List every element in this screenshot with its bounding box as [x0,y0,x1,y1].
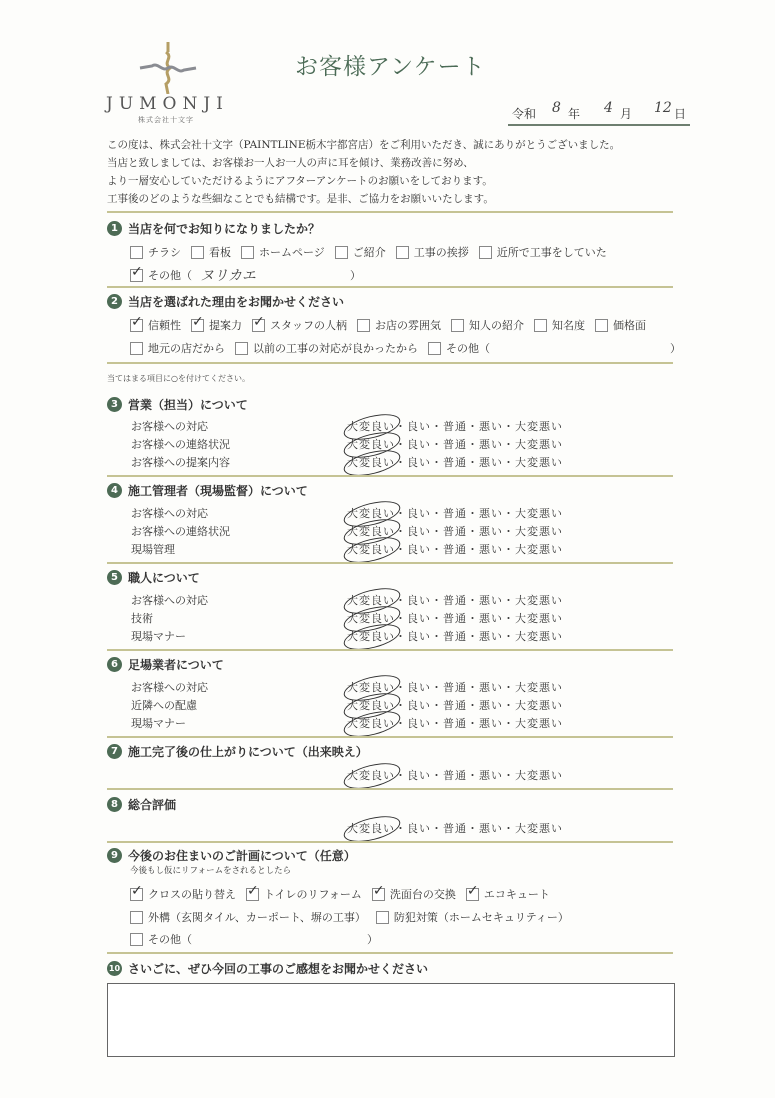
q3-item-label: お客様への対応 [131,418,208,434]
other-label: その他（ [148,267,192,283]
divider [107,649,673,651]
q9-options-row2: 外構（玄関タイル、カーポート、塀の工事） 防犯対策（ホームセキュリティー） [130,909,579,925]
q1-options: チラシ 看板 ホームページ ご紹介 工事の挨拶 近所で工事をしていた [130,244,617,260]
checkbox-checked[interactable] [466,888,479,901]
option-label: 防犯対策（ホームセキュリティー） [394,909,569,925]
q2-option-price[interactable]: 価格面 [595,317,646,333]
q6-heading: 6 足場業者について [107,656,224,673]
q8-number: 8 [107,797,122,812]
checkbox-checked[interactable] [130,888,143,901]
logo-name: JUMONJI [106,94,226,114]
q9-option-security[interactable]: 防犯対策（ホームセキュリティー） [376,909,569,925]
company-logo: JUMONJI 株式会社十文字 [106,40,226,125]
q9-other[interactable]: その他（ ） [130,931,378,947]
checkbox[interactable] [335,246,348,259]
option-label: 工事の挨拶 [414,244,469,260]
checkbox[interactable] [235,342,248,355]
option-label: 近所で工事をしていた [497,244,607,260]
checkbox[interactable] [428,342,441,355]
q5-heading: 5 職人について [107,569,200,586]
year-value: 8 [552,100,561,116]
checkbox-checked[interactable] [130,319,143,332]
q1-option-nearby[interactable]: 近所で工事をしていた [479,244,607,260]
q2-option-reliability[interactable]: 信頼性 [130,317,181,333]
other-label: その他（ [148,931,192,947]
era-label: 令和 [512,105,536,122]
q6-number: 6 [107,657,122,672]
q9-option-toilet[interactable]: トイレのリフォーム [246,886,362,902]
q3-number: 3 [107,397,122,412]
date-field[interactable]: 令和 8 年 4 月 12 日 [508,100,690,126]
q3-heading: 3 営業（担当）について [107,396,248,413]
q9-options-row1: クロスの貼り替え トイレのリフォーム 洗面台の交換 エコキュート [130,886,560,902]
q6-item-label: 近隣への配慮 [131,697,197,713]
q9-option-ecocute[interactable]: エコキュート [466,886,550,902]
q6-title: 足場業者について [128,656,224,673]
option-label: ご紹介 [353,244,386,260]
q2-option-staff[interactable]: スタッフの人柄 [252,317,347,333]
option-label: ホームページ [259,244,325,260]
q9-title: 今後のお住まいのご計画について（任意） [128,847,356,864]
divider [107,362,673,364]
q2-option-atmosphere[interactable]: お店の雰囲気 [357,317,441,333]
q6-item-label: お客様への対応 [131,679,208,695]
option-label: 知人の紹介 [469,317,524,333]
q9-option-wallpaper[interactable]: クロスの貼り替え [130,886,236,902]
q7-heading: 7 施工完了後の仕上がりについて（出来映え） [107,743,368,760]
q2-number: 2 [107,294,122,309]
q2-option-acquaintance[interactable]: 知人の紹介 [451,317,524,333]
q1-heading: 1 当店を何でお知りになりましたか？ [107,220,320,237]
option-label: 地元の店だから [148,340,225,356]
divider [107,841,673,843]
year-label: 年 [568,105,580,122]
q1-other[interactable]: その他（ ヌリカエ ） [130,265,361,285]
checkbox[interactable] [534,319,547,332]
q6-item-label: 現場マナー [131,715,186,731]
day-label: 日 [674,105,686,122]
q7-number: 7 [107,744,122,759]
q4-heading: 4 施工管理者（現場監督）について [107,482,308,499]
q2-option-proposal[interactable]: 提案力 [191,317,242,333]
q2-options-row1: 信頼性 提案力 スタッフの人柄 お店の雰囲気 知人の紹介 知名度 価格面 [130,317,656,333]
checkbox[interactable] [130,342,143,355]
option-label: お店の雰囲気 [375,317,441,333]
option-label: 看板 [209,244,231,260]
checkbox[interactable] [479,246,492,259]
q7-title: 施工完了後の仕上がりについて（出来映え） [128,743,368,760]
q2-option-previous[interactable]: 以前の工事の対応が良かったから [235,340,418,356]
q9-note: 今後もし仮にリフォームをされるとしたら [130,864,291,876]
q1-option-greeting[interactable]: 工事の挨拶 [396,244,469,260]
intro-line: 工事後のどのような些細なことでも結構です。是非、ご協力をお願いいたします。 [107,190,620,208]
q10-number: 10 [107,961,122,976]
divider [107,211,673,213]
option-label: 洗面台の交換 [390,886,456,902]
option-label: 提案力 [209,317,242,333]
q10-title: さいごに、ぜひ今回の工事のご感想をお聞かせください [128,960,428,977]
q5-item-label: お客様への対応 [131,592,208,608]
option-label: チラシ [148,244,181,260]
q2-option-local[interactable]: 地元の店だから [130,340,225,356]
divider [107,475,673,477]
divider [107,562,673,564]
option-label: 外構（玄関タイル、カーポート、塀の工事） [148,909,366,925]
option-label: その他（ [446,340,490,356]
q3-title: 営業（担当）について [128,396,248,413]
q4-item-label: 現場管理 [131,541,175,557]
q3-item-label: お客様への連絡状況 [131,436,230,452]
q4-title: 施工管理者（現場監督）について [128,482,308,499]
q2-options-row2: 地元の店だから 以前の工事の対応が良かったから その他（ ） [130,340,681,356]
checkbox[interactable] [130,246,143,259]
q5-number: 5 [107,570,122,585]
q1-option-referral[interactable]: ご紹介 [335,244,386,260]
checkbox[interactable] [357,319,370,332]
logo-subtitle: 株式会社十文字 [106,115,226,125]
q5-item-label: 現場マナー [131,628,186,644]
q9-option-exterior[interactable]: 外構（玄関タイル、カーポート、塀の工事） [130,909,366,925]
option-label: 価格面 [613,317,646,333]
rating-instruction: 当てはまる項目に○を付けてください。 [107,373,250,384]
day-value: 12 [654,100,672,116]
checkbox-checked[interactable] [252,319,265,332]
month-label: 月 [620,105,632,122]
option-label: 知名度 [552,317,585,333]
q1-option-signboard[interactable]: 看板 [191,244,231,260]
q8-heading: 8 総合評価 [107,796,176,813]
q9-number: 9 [107,848,122,863]
q5-item-label: 技術 [131,610,153,626]
page-title: お客様アンケート [295,48,486,81]
checkbox[interactable] [376,911,389,924]
divider [107,952,673,954]
divider [107,736,673,738]
checkbox-checked[interactable] [246,888,259,901]
checkbox[interactable] [241,246,254,259]
intro-text: この度は、株式会社十文字（PAINTLINE栃木宇都宮店）をご利用いただき、誠に… [107,136,620,208]
q10-heading: 10 さいごに、ぜひ今回の工事のご感想をお聞かせください [107,960,428,977]
q1-title: 当店を何でお知りになりましたか？ [128,220,320,237]
checkbox[interactable] [130,933,143,946]
divider [107,788,673,790]
q2-option-reputation[interactable]: 知名度 [534,317,585,333]
q9-option-washbasin[interactable]: 洗面台の交換 [372,886,456,902]
q9-heading: 9 今後のお住まいのご計画について（任意） [107,847,356,864]
option-label: 信頼性 [148,317,181,333]
checkbox-checked[interactable] [191,319,204,332]
option-label: 以前の工事の対応が良かったから [253,340,418,356]
intro-line: この度は、株式会社十文字（PAINTLINE栃木宇都宮店）をご利用いただき、誠に… [107,136,620,154]
checkbox[interactable] [396,246,409,259]
paren-close: ） [350,267,361,283]
checkbox-checked[interactable] [372,888,385,901]
paren-close: ） [367,931,378,947]
intro-line: より一層安心していただけるようにアフターアンケートのお願いをしております。 [107,172,620,190]
option-label: エコキュート [484,886,550,902]
checkbox[interactable] [191,246,204,259]
q2-heading: 2 当店を選ばれた理由をお聞かせください [107,293,344,310]
comment-textarea[interactable] [107,983,675,1057]
jumonji-cross-icon [138,42,198,94]
paren-close: ） [670,340,681,356]
q5-title: 職人について [128,569,200,586]
checkbox[interactable] [130,911,143,924]
q1-number: 1 [107,221,122,236]
option-label: スタッフの人柄 [270,317,347,333]
option-label: クロスの貼り替え [148,886,236,902]
q3-item-label: お客様への提案内容 [131,454,230,470]
q2-title: 当店を選ばれた理由をお聞かせください [128,293,344,310]
intro-line: 当店と致しましては、お客様お一人お一人の声に耳を傾け、業務改善に努め、 [107,154,620,172]
q1-option-flyer[interactable]: チラシ [130,244,181,260]
option-label: トイレのリフォーム [264,886,362,902]
month-value: 4 [604,100,613,116]
q1-option-homepage[interactable]: ホームページ [241,244,325,260]
q8-title: 総合評価 [128,796,176,813]
q4-item-label: お客様への対応 [131,505,208,521]
checkbox[interactable] [595,319,608,332]
q4-item-label: お客様への連絡状況 [131,523,230,539]
q2-option-other[interactable]: その他（ [428,340,490,356]
q1-other-input[interactable]: ヌリカエ [200,265,350,285]
divider [107,286,673,288]
q4-number: 4 [107,483,122,498]
checkbox-checked[interactable] [130,269,143,282]
checkbox[interactable] [451,319,464,332]
